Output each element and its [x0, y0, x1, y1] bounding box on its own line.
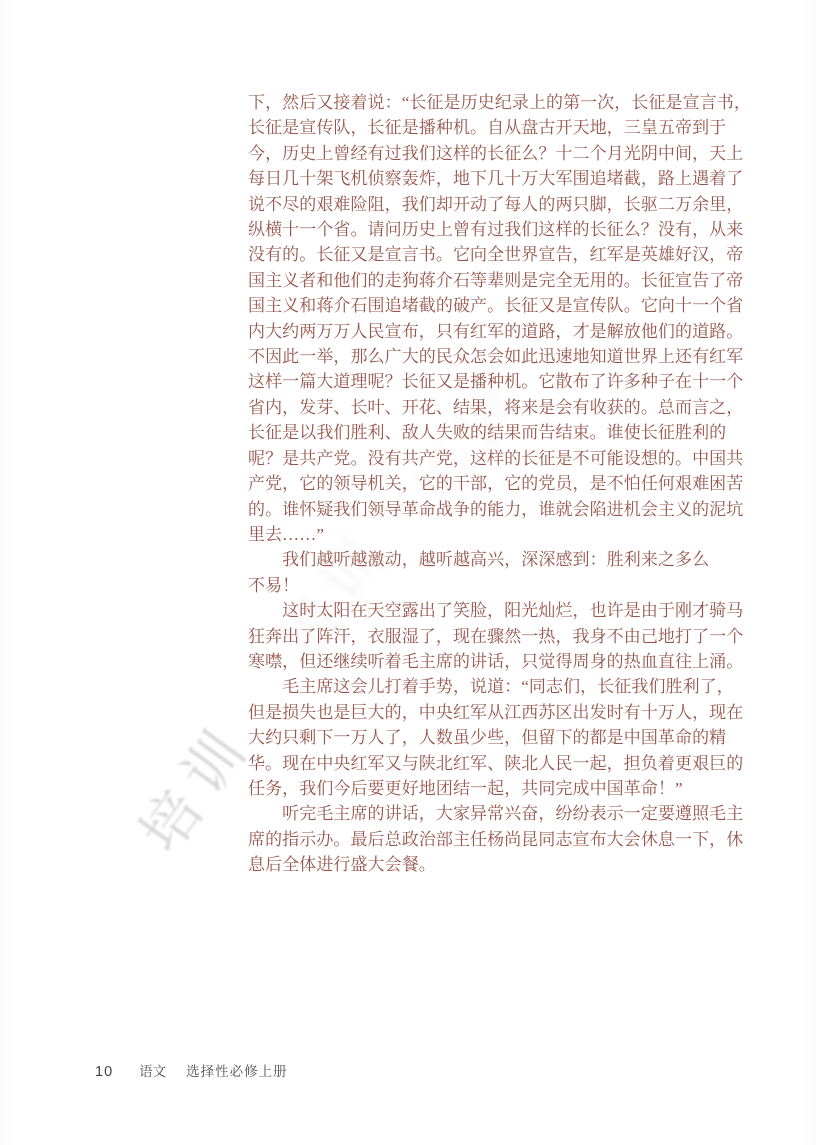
text-line: 听完毛主席的讲话，大家异常兴奋，纷纷表示一定要遵照毛主: [248, 801, 730, 826]
text-line: 不因此一举，那么广大的民众怎会如此迅速地知道世界上还有红军: [248, 344, 730, 369]
footer-subject: 语文: [139, 1060, 166, 1080]
text-line: 长征是宣传队，长征是播种机。自从盘古开天地，三皇五帝到于: [248, 115, 730, 140]
text-line: 大约只剩下一万人了，人数虽少些，但留下的都是中国革命的精: [248, 725, 730, 750]
text-line: 毛主席这会儿打着手势，说道：“同志们，长征我们胜利了，: [248, 674, 730, 699]
text-line: 长征是以我们胜利、敌人失败的结果而告结束。谁使长征胜利的: [248, 420, 730, 445]
text-line: 的。谁怀疑我们领导革命战争的能力，谁就会陷进机会主义的泥坑: [248, 497, 730, 522]
book-page: 培训 培训 培训 下，然后又接着说：“长征是历史纪录上的第一次，长征是宣言书， …: [0, 0, 816, 1145]
text-line: 每日几十架飞机侦察轰炸，地下几十万大军围追堵截，路上遇着了: [248, 166, 730, 191]
text-line: 但是损失也是巨大的，中央红军从江西苏区出发时有十万人，现在: [248, 700, 730, 725]
text-line: 这时太阳在天空露出了笑脸，阳光灿烂，也许是由于刚才骑马: [248, 598, 730, 623]
page-number: 10: [95, 1064, 113, 1080]
text-line: 国主义和蒋介石围追堵截的破产。长征又是宣传队。它向十一个省: [248, 293, 730, 318]
text-line: 我们越听越激动，越听越高兴，深深感到：胜利来之多么: [248, 547, 730, 572]
text-line: 息后全体进行盛大会餐。: [248, 852, 730, 877]
footer-volume: 选择性必修上册: [186, 1060, 288, 1080]
text-line: 内大约两万万人民宣布，只有红军的道路，才是解放他们的道路。: [248, 319, 730, 344]
text-line: 寒噤，但还继续听着毛主席的讲话，只觉得周身的热血直往上涌。: [248, 649, 730, 674]
text-line: 里去……”: [248, 522, 730, 547]
text-line: 省内，发芽、长叶、开花、结果，将来是会有收获的。总而言之，: [248, 395, 730, 420]
text-line: 纵横十一个省。请问历史上曾有过我们这样的长征么？没有，从来: [248, 217, 730, 242]
text-line: 席的指示办。最后总政治部主任杨尚昆同志宣布大会休息一下，休: [248, 827, 730, 852]
text-line: 今，历史上曾经有过我们这样的长征么？十二个月光阴中间，天上: [248, 141, 730, 166]
text-line: 说不尽的艰难险阻，我们却开动了每人的两只脚，长驱二万余里，: [248, 192, 730, 217]
text-line: 华。现在中央红军又与陕北红军、陕北人民一起，担负着更艰巨的: [248, 751, 730, 776]
text-line: 下，然后又接着说：“长征是历史纪录上的第一次，长征是宣言书，: [248, 90, 730, 115]
text-line: 这样一篇大道理呢？长征又是播种机。它散布了许多种子在十一个: [248, 369, 730, 394]
text-line: 产党，它的领导机关，它的干部，它的党员，是不怕任何艰难困苦: [248, 471, 730, 496]
passage-text: 下，然后又接着说：“长征是历史纪录上的第一次，长征是宣言书， 长征是宣传队，长征…: [248, 90, 730, 878]
text-line: 呢？是共产党。没有共产党，这样的长征是不可能设想的。中国共: [248, 446, 730, 471]
page-footer: 10 语文 选择性必修上册: [95, 1060, 288, 1080]
text-line: 没有的。长征又是宣言书。它向全世界宣告，红军是英雄好汉，帝: [248, 242, 730, 267]
text-line: 任务，我们今后要更好地团结一起，共同完成中国革命！”: [248, 776, 730, 801]
text-line: 不易！: [248, 573, 730, 598]
watermark: 培训: [116, 701, 269, 867]
text-line: 狂奔出了阵汗，衣服湿了，现在骤然一热，我身不由己地打了一个: [248, 624, 730, 649]
text-line: 国主义者和他们的走狗蒋介石等辈则是完全无用的。长征宣告了帝: [248, 268, 730, 293]
